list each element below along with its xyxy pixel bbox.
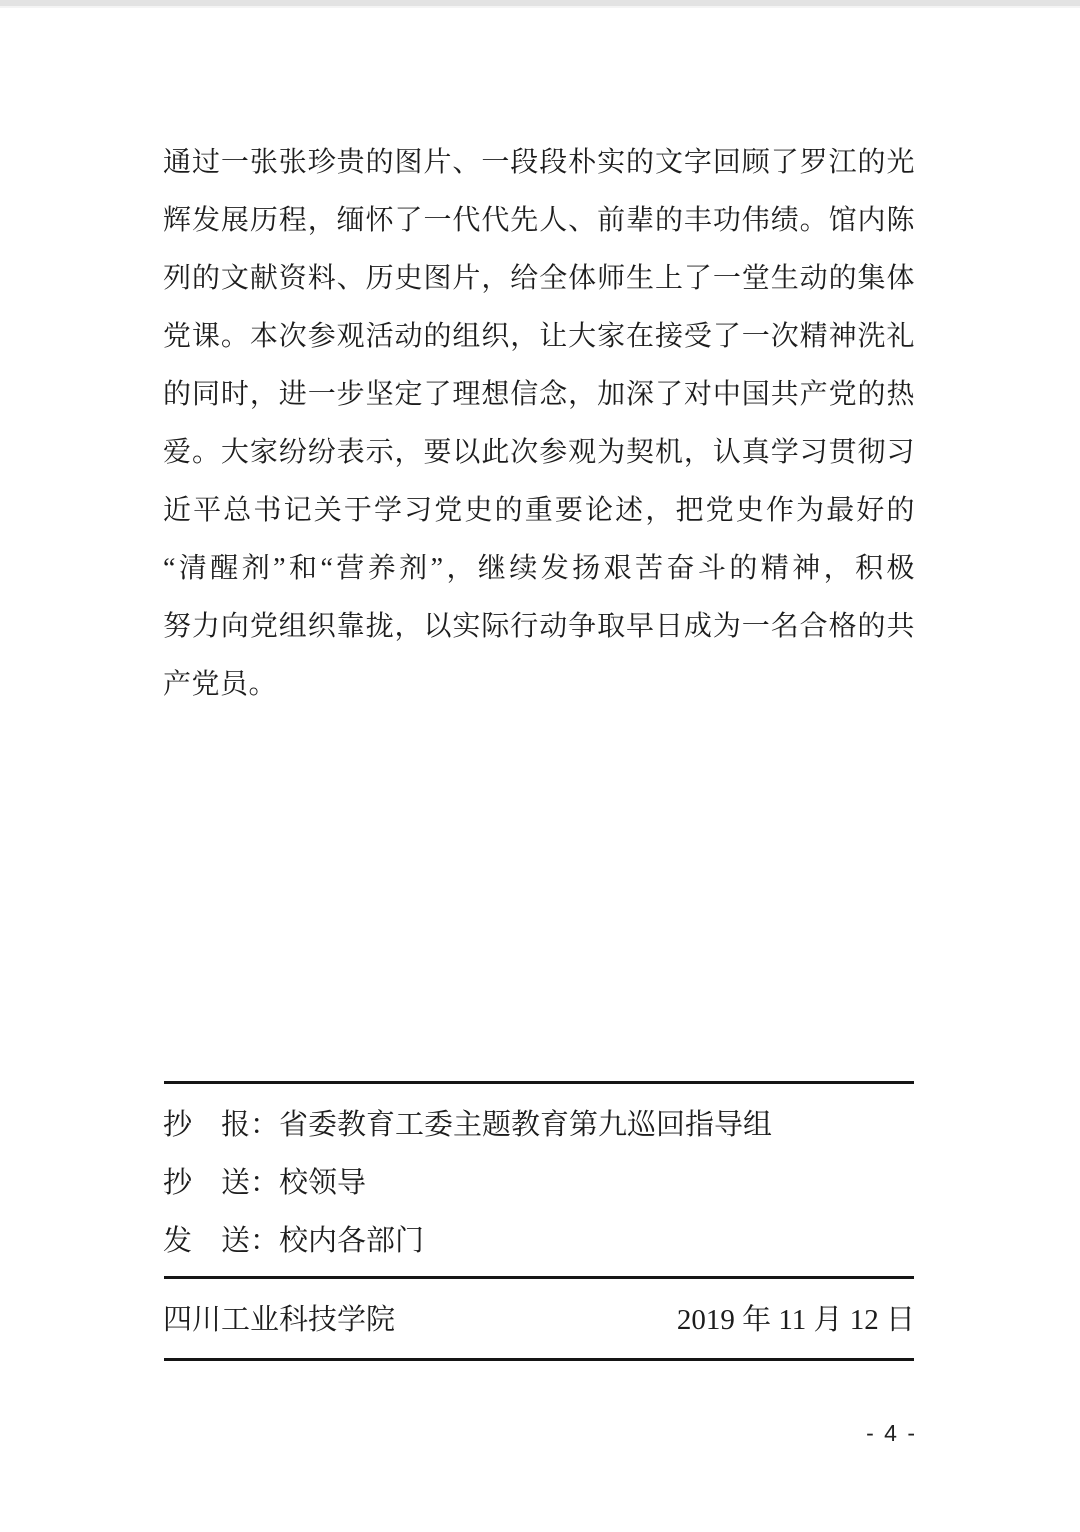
body-line: “清醒剂”和“营养剂”，继续发扬艰苦奋斗的精神，积极: [163, 540, 915, 598]
body-line: 产党员。: [163, 656, 915, 714]
body-line: 辉发展历程，缅怀了一代代先人、前辈的丰功伟绩。馆内陈: [163, 192, 915, 250]
issuer-name: 四川工业科技学院: [163, 1292, 395, 1348]
separator-rule-bottom: [164, 1358, 914, 1361]
body-paragraph: 通过一张张珍贵的图片、一段段朴实的文字回顾了罗江的光 辉发展历程，缅怀了一代代先…: [163, 134, 915, 714]
issue-send-label: 发 送：: [163, 1225, 279, 1257]
copy-send-label: 抄 送：: [163, 1167, 279, 1199]
issue-date: 2019 年 11 月 12 日: [677, 1292, 915, 1348]
issue-send-value: 校内各部门: [279, 1225, 424, 1257]
distribution-block: 抄 报：省委教育工委主题教育第九巡回指导组 抄 送：校领导 发 送：校内各部门: [163, 1096, 915, 1270]
body-line: 党课。本次参观活动的组织，让大家在接受了一次精神洗礼: [163, 308, 915, 366]
copy-send-value: 校领导: [279, 1167, 366, 1199]
separator-rule-middle: [164, 1276, 914, 1279]
top-edge-strip: [0, 0, 1080, 8]
issue-send-row: 发 送：校内各部门: [163, 1212, 915, 1270]
document-page: 通过一张张珍贵的图片、一段段朴实的文字回顾了罗江的光 辉发展历程，缅怀了一代代先…: [0, 0, 1080, 1532]
body-line: 爱。大家纷纷表示，要以此次参观为契机，认真学习贯彻习: [163, 424, 915, 482]
body-line: 努力向党组织靠拢，以实际行动争取早日成为一名合格的共: [163, 598, 915, 656]
footer-row: 四川工业科技学院 2019 年 11 月 12 日: [163, 1292, 915, 1348]
copy-send-row: 抄 送：校领导: [163, 1154, 915, 1212]
copy-report-row: 抄 报：省委教育工委主题教育第九巡回指导组: [163, 1096, 915, 1154]
body-line: 的同时，进一步坚定了理想信念，加深了对中国共产党的热: [163, 366, 915, 424]
separator-rule-top: [164, 1081, 914, 1084]
page-number: - 4 -: [866, 1420, 917, 1447]
body-line: 近平总书记关于学习党史的重要论述，把党史作为最好的: [163, 482, 915, 540]
copy-report-value: 省委教育工委主题教育第九巡回指导组: [279, 1109, 772, 1141]
body-line: 列的文献资料、历史图片，给全体师生上了一堂生动的集体: [163, 250, 915, 308]
copy-report-label: 抄 报：: [163, 1109, 279, 1141]
body-line: 通过一张张珍贵的图片、一段段朴实的文字回顾了罗江的光: [163, 134, 915, 192]
